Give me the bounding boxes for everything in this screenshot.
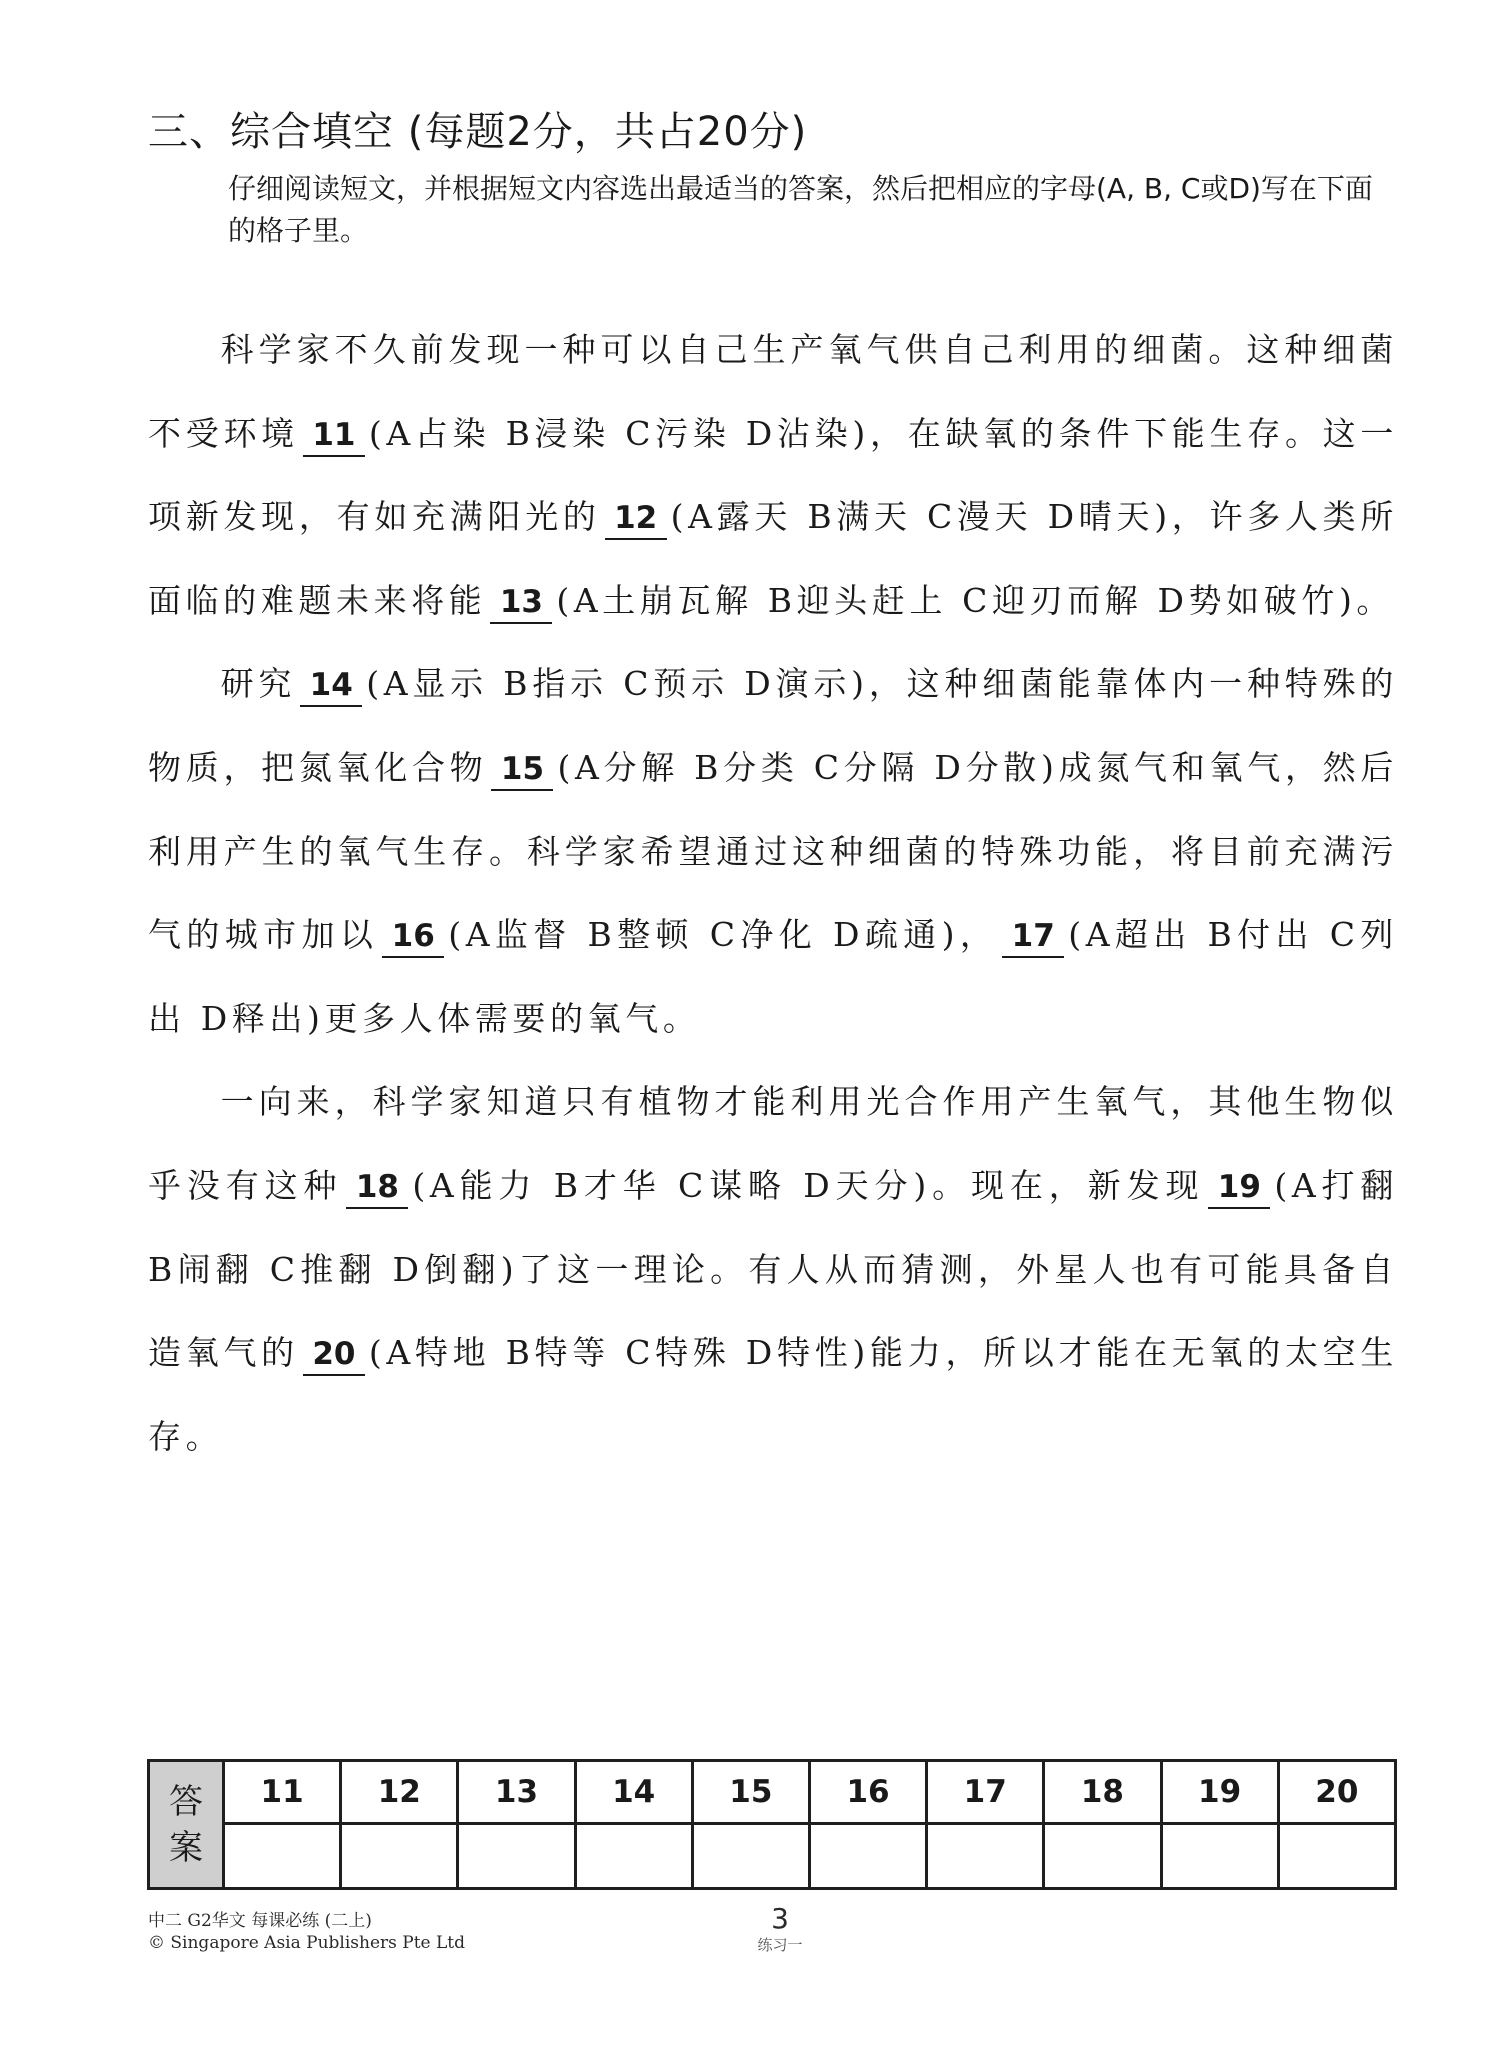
worksheet-page: 三、综合填空 (每题2分，共占20分) 仔细阅读短文，并根据短文内容选出最适当的… [0,0,1498,2048]
passage-paragraph-3: 一向来，科学家知道只有植物才能利用光合作用产生氧气，其他生物似乎没有这种18(A… [148,1060,1398,1478]
answer-input-12[interactable] [342,1825,456,1887]
question-number-13: 13 [458,1761,575,1824]
blank-12: 12 [605,498,667,540]
answer-cell-13[interactable] [458,1824,575,1889]
section-title: 三、综合填空 (每题2分，共占20分) [148,108,807,156]
question-number-11: 11 [224,1761,341,1824]
blank-14: 14 [300,665,362,707]
answer-cell-14[interactable] [575,1824,692,1889]
options-20: (A特地 B特等 C特殊 D特性) [369,1333,870,1372]
options-12: (A露天 B满天 C漫天 D晴天) [671,497,1172,536]
passage-text: 更多人体需要的氧气。 [324,999,700,1038]
answer-label-char: 案 [169,1828,203,1868]
answer-input-15[interactable] [694,1825,808,1887]
question-number-16: 16 [809,1761,926,1824]
answer-label-char: 答 [169,1782,203,1822]
question-number-15: 15 [692,1761,809,1824]
passage-text: ， [959,915,998,954]
answer-cell-19[interactable] [1161,1824,1278,1889]
options-11: (A占染 B浸染 C污染 D沾染) [369,414,870,453]
options-15: (A分解 B分类 C分隔 D分散) [557,748,1058,787]
passage-text: 研究 [221,664,297,703]
blank-17: 17 [1002,916,1064,958]
answer-cell-17[interactable] [927,1824,1044,1889]
blank-20: 20 [303,1334,365,1376]
answer-table-number-row: 答 案 11 12 13 14 15 16 17 18 19 20 [149,1761,1396,1824]
answer-cell-18[interactable] [1044,1824,1161,1889]
answer-input-16[interactable] [811,1825,925,1887]
answer-input-20[interactable] [1280,1825,1394,1887]
options-14: (A显示 B指示 C预示 D演示) [366,664,868,703]
answer-label-cell: 答 案 [149,1761,224,1889]
footer-copyright: © Singapore Asia Publishers Pte Ltd [148,1932,465,1954]
instructions-text: 仔细阅读短文，并根据短文内容选出最适当的答案，然后把相应的字母(A, B, C或… [228,168,1400,252]
answer-input-18[interactable] [1045,1825,1159,1887]
passage: 科学家不久前发现一种可以自己生产氧气供自己利用的细菌。这种细菌不受环境11(A占… [148,308,1398,1478]
passage-text: 。 [1356,581,1394,620]
answer-table-answer-row [149,1824,1396,1889]
blank-15: 15 [491,749,553,791]
question-number-17: 17 [927,1761,1044,1824]
answer-input-19[interactable] [1163,1825,1277,1887]
options-16: (A监督 B整顿 C净化 D疏通) [448,915,959,954]
footer-book-title: 中二 G2华文 每课必练 (二上) [148,1910,465,1932]
answer-cell-12[interactable] [341,1824,458,1889]
answer-table: 答 案 11 12 13 14 15 16 17 18 19 20 [147,1759,1397,1890]
blank-11: 11 [303,415,365,457]
answer-input-14[interactable] [577,1825,691,1887]
question-number-18: 18 [1044,1761,1161,1824]
answer-cell-11[interactable] [224,1824,341,1889]
answer-cell-15[interactable] [692,1824,809,1889]
question-number-12: 12 [341,1761,458,1824]
question-number-14: 14 [575,1761,692,1824]
exercise-label: 练习一 [720,1935,840,1955]
answer-input-11[interactable] [225,1825,339,1887]
options-13: (A土崩瓦解 B迎头赶上 C迎刃而解 D势如破竹) [556,581,1356,620]
blank-13: 13 [490,582,552,624]
passage-paragraph-2: 研究14(A显示 B指示 C预示 D演示)，这种细菌能靠体内一种特殊的物质，把氮… [148,642,1398,1060]
footer-publisher-info: 中二 G2华文 每课必练 (二上) © Singapore Asia Publi… [148,1910,465,1954]
answer-input-13[interactable] [459,1825,573,1887]
answer-cell-20[interactable] [1278,1824,1395,1889]
passage-text: 。现在，新发现 [931,1166,1204,1205]
blank-18: 18 [346,1167,408,1209]
footer-page-info: 3 练习一 [720,1903,840,1955]
answer-input-17[interactable] [928,1825,1042,1887]
passage-paragraph-1: 科学家不久前发现一种可以自己生产氧气供自己利用的细菌。这种细菌不受环境11(A占… [148,308,1398,642]
question-number-19: 19 [1161,1761,1278,1824]
answer-cell-16[interactable] [809,1824,926,1889]
question-number-20: 20 [1278,1761,1395,1824]
page-number: 3 [720,1903,840,1935]
blank-19: 19 [1208,1167,1270,1209]
options-18: (A能力 B才华 C谋略 D天分) [412,1166,930,1205]
blank-16: 16 [382,916,444,958]
